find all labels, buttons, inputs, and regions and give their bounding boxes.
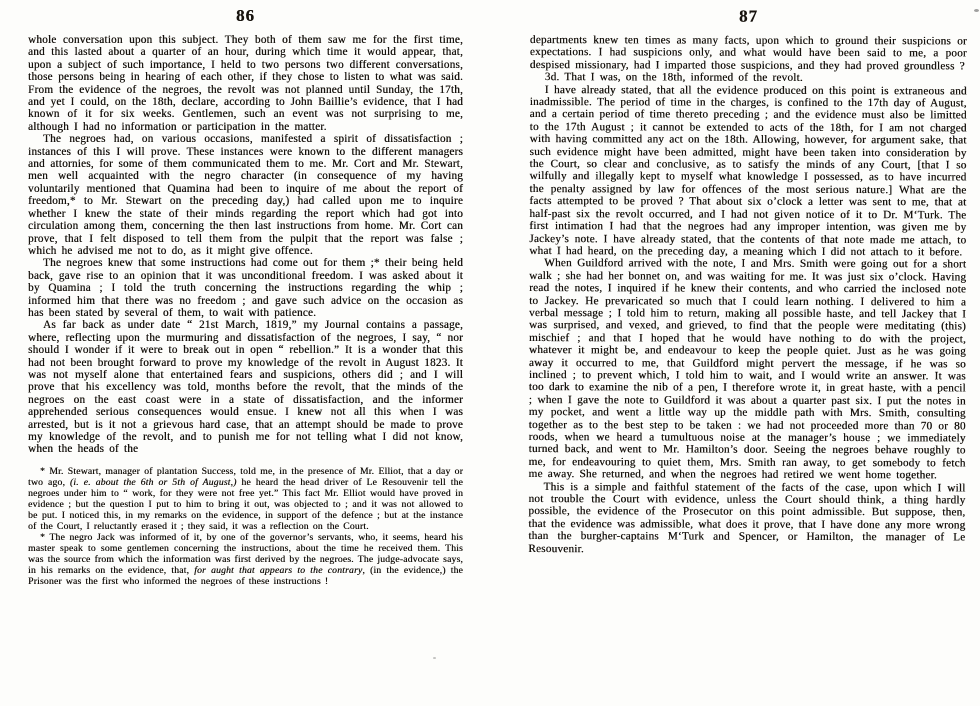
paragraph: This is a simple and faithful statement … — [528, 481, 965, 557]
footnote: * The negro Jack was informed of it, by … — [28, 532, 463, 587]
scan-speck — [433, 657, 436, 659]
paragraph: departments knew ten times as many facts… — [530, 34, 967, 73]
page-number: 87 — [530, 6, 967, 27]
paragraph: The negroes had, on various occasions, m… — [28, 133, 463, 257]
page-number: 86 — [28, 6, 463, 26]
paragraph: The negroes knew that some instructions … — [28, 257, 463, 319]
paragraph: whole conversation upon this subject. Th… — [28, 34, 463, 133]
page-body: whole conversation upon this subject. Th… — [28, 34, 463, 456]
page-left: 86 whole conversation upon this subject.… — [0, 0, 490, 706]
footnote: * Mr. Stewart, manager of plantation Suc… — [28, 466, 463, 532]
page-right: 87 departments knew ten times as many fa… — [490, 0, 980, 706]
page-body: departments knew ten times as many facts… — [528, 34, 967, 556]
paragraph: 3d. That I was, on the 18th, informed of… — [530, 71, 967, 85]
paragraph: I have already stated, that all the evid… — [529, 84, 967, 259]
footnotes-block: * Mr. Stewart, manager of plantation Suc… — [28, 466, 463, 587]
paragraph: As far back as under date “ 21st March, … — [28, 319, 463, 455]
scan-speck — [974, 9, 979, 12]
paragraph: When Guildford arrived with the note, I … — [529, 257, 967, 482]
book-spread: 86 whole conversation upon this subject.… — [0, 0, 980, 706]
